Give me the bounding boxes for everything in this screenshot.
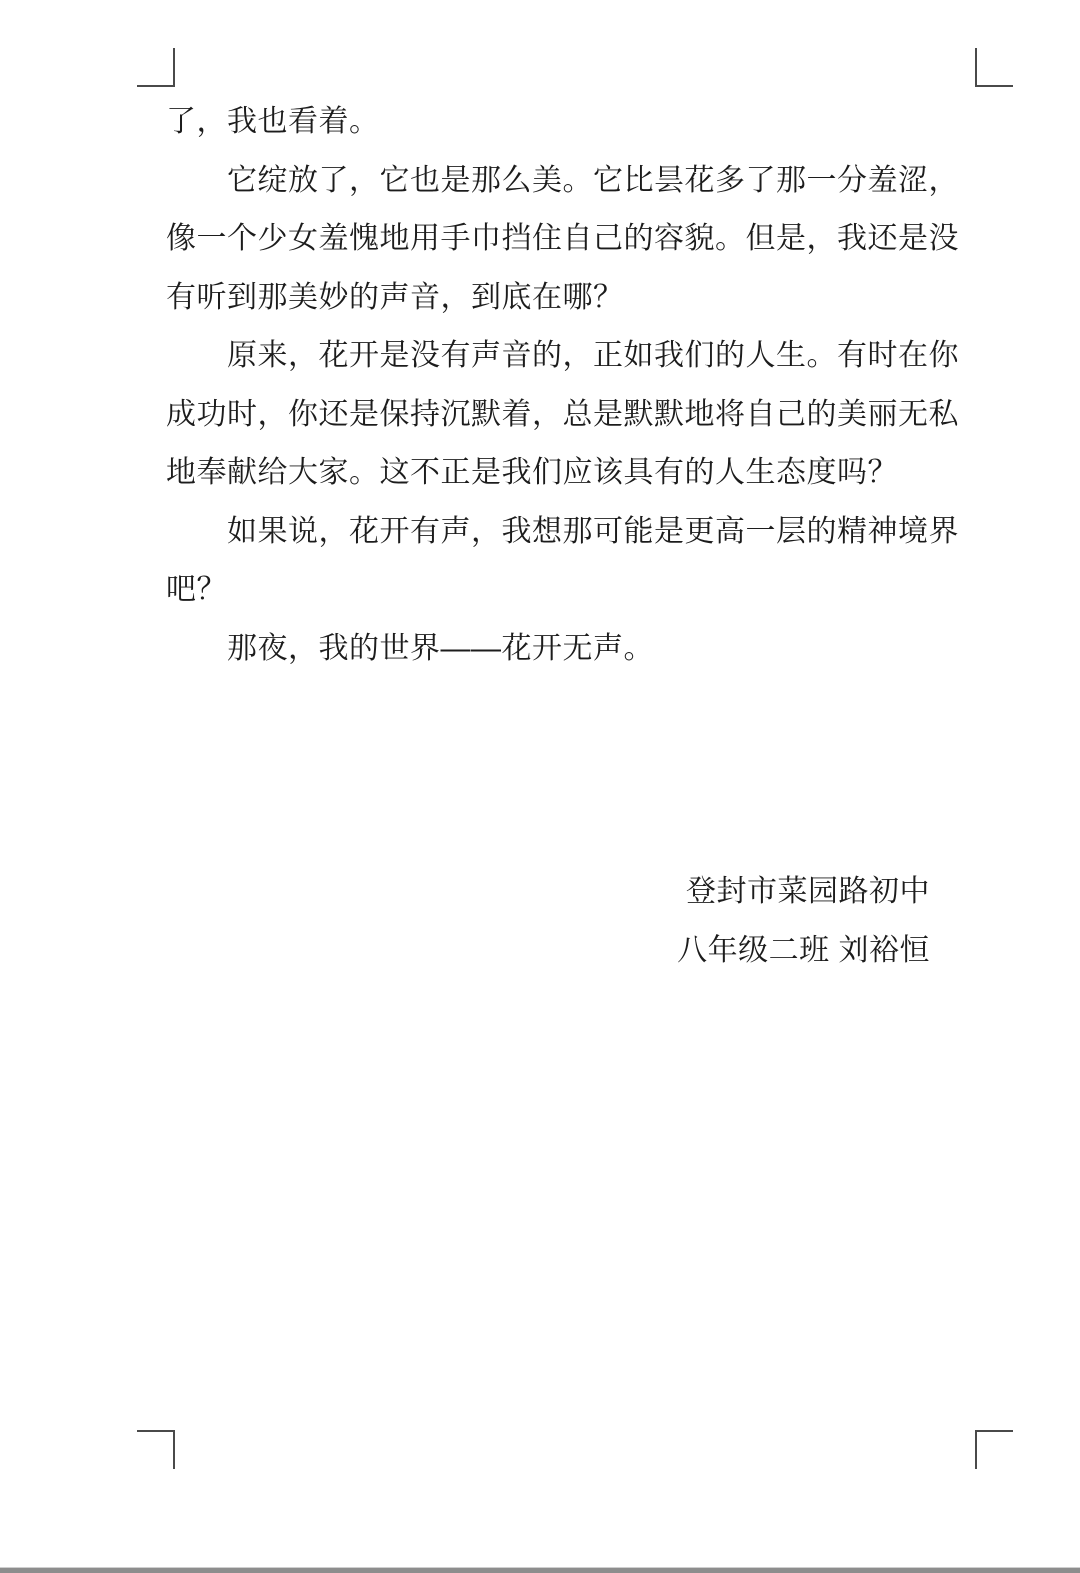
text-line: 吧？: [166, 561, 958, 620]
text-line: 了，我也看着。: [166, 93, 958, 152]
text-line: 那夜，我的世界——花开无声。: [166, 620, 958, 679]
signature-class-student: 八年级二班 刘裕恒: [166, 922, 930, 981]
text-line: 像一个少女羞愧地用手巾挡住自己的容貌。但是，我还是没: [166, 210, 958, 269]
document-page: 了，我也看着。 它绽放了，它也是那么美。它比昙花多了那一分羞涩， 像一个少女羞愧…: [0, 0, 1080, 1573]
text-line: 如果说，花开有声，我想那可能是更高一层的精神境界: [166, 503, 958, 562]
text-line: 原来，花开是没有声音的，正如我们的人生。有时在你: [166, 327, 958, 386]
crop-mark-top-right-icon: [975, 48, 1013, 87]
crop-mark-bottom-right-icon: [975, 1430, 1013, 1469]
crop-mark-top-left-icon: [137, 48, 175, 87]
signature-block: 登封市菜园路初中 八年级二班 刘裕恒: [166, 863, 958, 980]
essay-body: 了，我也看着。 它绽放了，它也是那么美。它比昙花多了那一分羞涩， 像一个少女羞愧…: [166, 93, 958, 980]
text-line: 地奉献给大家。这不正是我们应该具有的人生态度吗？: [166, 444, 958, 503]
text-line: 有听到那美妙的声音，到底在哪？: [166, 269, 958, 328]
signature-school: 登封市菜园路初中: [166, 863, 930, 922]
crop-mark-bottom-left-icon: [137, 1430, 175, 1469]
blank-space: [166, 678, 958, 863]
text-line: 它绽放了，它也是那么美。它比昙花多了那一分羞涩，: [166, 152, 958, 211]
screenshot-bottom-edge-bar: [0, 1567, 1080, 1573]
text-line: 成功时，你还是保持沉默着，总是默默地将自己的美丽无私: [166, 386, 958, 445]
